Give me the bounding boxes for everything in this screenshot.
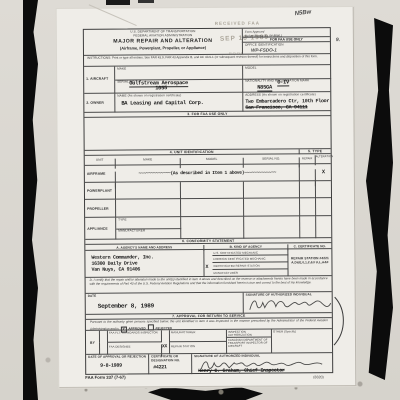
agency-address-block: Western Commander, Inc. 16300 Daily Driv… bbox=[91, 254, 203, 273]
conformity-body: Western Commander, Inc. 16300 Daily Driv… bbox=[85, 248, 331, 277]
aircraft-make-cell: MAKE Gulfstream Aerospace SERIAL NO. 105… bbox=[114, 66, 242, 94]
manufacturer-checkbox-cell bbox=[161, 330, 169, 342]
appliance-make-cell: TYPE MANUFACTURER bbox=[115, 217, 180, 239]
form-title: MAJOR REPAIR AND ALTERATION bbox=[84, 38, 242, 45]
owner-address-label: ADDRESS (As shown on registration certif… bbox=[243, 92, 330, 97]
approval-grid: BY FAA FLT. STANDARDS INSPECTOR FAA DESI… bbox=[86, 328, 332, 354]
signature-cell: SIGNATURE OF AUTHORIZED INDIVIDUAL bbox=[243, 292, 332, 314]
paper-crease bbox=[89, 4, 137, 26]
propeller-label: PROPELLER bbox=[87, 207, 115, 211]
header-title-block: U.S. DEPARTMENT OF TRANSPORTATION FEDERA… bbox=[84, 30, 242, 52]
powerplant-row: POWERPLANT bbox=[85, 180, 331, 199]
scan-edge-left bbox=[23, 0, 38, 400]
airframe-label: AIRFRAME bbox=[87, 172, 115, 176]
date-cell: DATE September 8, 1989 bbox=[86, 293, 243, 315]
kind-of-agency-cell: U.S. CERTIFICATED MECHANIC FOREIGN CERTI… bbox=[203, 249, 287, 277]
certificate-no-cell: REPAIR STATION #4221 A,D&E,0,1,2,&3 U,L,… bbox=[287, 249, 331, 276]
owner-name-cell: NAME (As shown on registration certifica… bbox=[114, 93, 242, 113]
serial-label: SERIAL NO. bbox=[117, 80, 135, 84]
scan-edge-right bbox=[366, 18, 393, 380]
serial-value: 1055 bbox=[155, 85, 167, 91]
approval-cert-label: CERTIFICATE OR DESIGNATION NO. bbox=[149, 354, 191, 363]
appliance-type-label: TYPE bbox=[116, 217, 180, 222]
approval-date-cell: DATE OF APPROVAL OR REJECTION 9-8-1989 bbox=[86, 354, 148, 374]
scan-mark bbox=[138, 0, 154, 3]
airframe-repair-cell bbox=[299, 164, 315, 181]
approval-signature-cell: SIGNATURE OF AUTHORIZED INDIVIDUAL Henry… bbox=[191, 353, 332, 374]
approval-signature-typed: Henry C. Graham, Chief Inspector bbox=[198, 367, 284, 374]
aircraft-section-label: 1. AIRCRAFT bbox=[86, 77, 114, 81]
handwritten-paren-mark bbox=[331, 295, 349, 347]
received-faa-stamp: RECEIVED FAA bbox=[215, 21, 260, 26]
approval-date-label: DATE OF APPROVAL OR REJECTION bbox=[86, 354, 148, 359]
certify-paragraph-row: D. I certify that the repair and/or alte… bbox=[86, 275, 332, 293]
owner-name-label: NAME (As shown on registration certifica… bbox=[115, 93, 242, 99]
date-label: DATE bbox=[86, 293, 243, 299]
owner-name-value: BA Leasing and Capital Corp. bbox=[121, 99, 242, 106]
col-unit: UNIT bbox=[85, 159, 115, 163]
other-specify-label: OTHER (Specify) bbox=[271, 329, 332, 353]
make-label: MAKE bbox=[115, 66, 242, 72]
scanner-background: N5Bw 9. RECEIVED FAA SEP 18 1989 POOL U.… bbox=[0, 0, 400, 400]
canadian-dept-label: CANADIAN DEPARTMENT OF TRANSPORT INSPECT… bbox=[226, 338, 271, 354]
date-value: September 8, 1989 bbox=[98, 301, 243, 309]
faa-form-337: U.S. DEPARTMENT OF TRANSPORTATION FEDERA… bbox=[83, 27, 333, 375]
instructions-text: INSTRUCTIONS: Print or type all entries.… bbox=[84, 54, 330, 62]
approval-bottom-row: DATE OF APPROVAL OR REJECTION 9-8-1989 C… bbox=[86, 352, 332, 374]
manufacturer-label: MANUFACTURER bbox=[169, 330, 226, 342]
propeller-row: PROPELLER bbox=[85, 197, 331, 217]
handwritten-registration-note: N5Bw bbox=[294, 9, 311, 17]
form-header: U.S. DEPARTMENT OF TRANSPORTATION FEDERA… bbox=[84, 28, 330, 55]
footer-code: (8320) bbox=[313, 375, 323, 379]
powerplant-label: POWERPLANT bbox=[87, 189, 115, 193]
appliance-row: APPLIANCE TYPE MANUFACTURER bbox=[85, 215, 331, 239]
owner-address-cell: ADDRESS (As shown on registration certif… bbox=[242, 92, 330, 112]
owner-row: 2. OWNER NAME (As shown on registration … bbox=[84, 91, 330, 112]
authorized-signature bbox=[246, 295, 332, 314]
model-label: MODEL bbox=[243, 65, 330, 70]
agency-line3: Van Nuys, CA 91406 bbox=[91, 266, 203, 273]
nationality-label: NATIONALITY AND REGISTRATION MARK bbox=[245, 79, 309, 83]
approval-cert-cell: CERTIFICATE OR DESIGNATION NO. #4221 bbox=[148, 354, 191, 374]
flt-inspector-label: FAA FLT. STANDARDS INSPECTOR bbox=[107, 330, 161, 342]
scan-mark bbox=[106, 0, 130, 5]
scanned-document-screenshot: { "page": { "stamps": { "received": "REC… bbox=[0, 0, 400, 400]
approval-cert-value: #4221 bbox=[153, 365, 191, 371]
owner-section-label: 2. OWNER bbox=[86, 101, 114, 105]
office-identification-box: OFFICE IDENTIFICATION WP-FSDO-1 bbox=[242, 42, 330, 54]
conformity-date-signature-row: DATE September 8, 1989 SIGNATURE OF AUTH… bbox=[86, 291, 332, 314]
form-number-footer: FAA Form 337 (7-67) bbox=[85, 375, 125, 380]
flt-checkbox-cell bbox=[99, 331, 107, 343]
by-label: BY bbox=[86, 341, 99, 345]
kind-checked-mark: X bbox=[205, 264, 208, 270]
office-identification-value: WP-FSDO-1 bbox=[251, 47, 328, 53]
handwritten-nine: 9. bbox=[336, 37, 340, 43]
approval-date-value: 9-8-1989 bbox=[100, 362, 148, 368]
aircraft-model-cell: MODEL G-IV NATIONALITY AND REGISTRATION … bbox=[242, 65, 330, 93]
appliance-manufacturer-label: MANUFACTURER bbox=[118, 229, 145, 233]
form-337-page: N5Bw 9. RECEIVED FAA SEP 18 1989 POOL U.… bbox=[57, 7, 357, 388]
cert-line2: A,D&E,0,1,2,&3 U,L,A&F bbox=[288, 260, 331, 264]
form-subtitle: (Airframe, Powerplant, Propeller, or App… bbox=[84, 45, 242, 51]
faa-use-only-blank-area bbox=[84, 115, 330, 150]
aircraft-row: 1. AIRCRAFT MAKE Gulfstream Aerospace SE… bbox=[84, 64, 330, 93]
certify-text: D. I certify that the repair and/or alte… bbox=[86, 276, 332, 287]
appliance-label: APPLIANCE bbox=[87, 227, 115, 231]
airframe-row: AIRFRAME ~~~~~~~~~~~~~(As described in I… bbox=[85, 163, 331, 182]
